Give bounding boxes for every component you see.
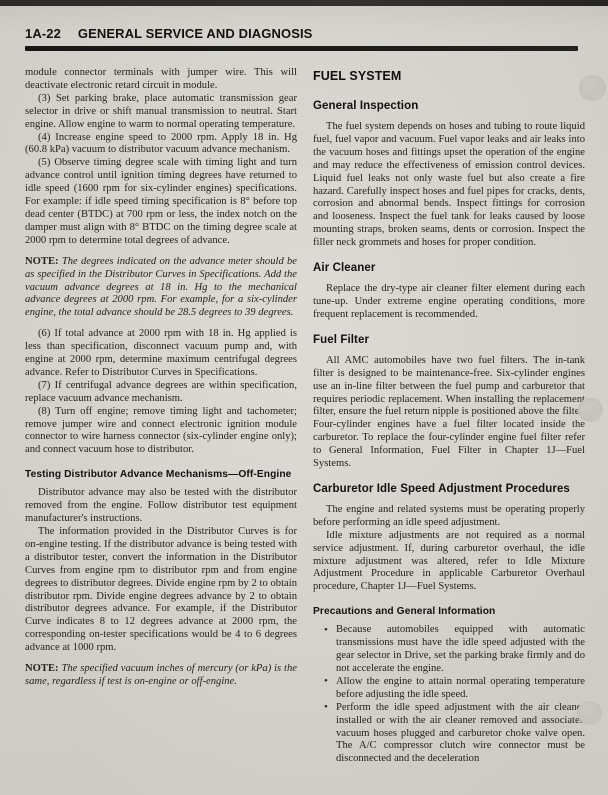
left-column: module connector terminals with jumper w… (25, 67, 297, 766)
paragraph: module connector terminals with jumper w… (25, 67, 297, 93)
bullet-item: •Because automobiles equipped with autom… (313, 624, 585, 676)
paragraph: (6) If total advance at 2000 rpm with 18… (25, 328, 297, 380)
page-title: GENERAL SERVICE AND DIAGNOSIS (78, 26, 313, 41)
page-header: 1A-22GENERAL SERVICE AND DIAGNOSIS (25, 26, 585, 41)
section-heading: Fuel Filter (313, 334, 585, 346)
paragraph: The engine and related systems must be o… (313, 504, 585, 530)
note-label: NOTE: (25, 663, 61, 674)
note-label: NOTE: (25, 256, 62, 267)
bullet-text: Allow the engine to attain normal operat… (336, 676, 585, 700)
content-columns: module connector terminals with jumper w… (25, 67, 585, 766)
bullet-item: •Allow the engine to attain normal opera… (313, 676, 585, 702)
scan-spot (579, 75, 606, 101)
paragraph: The fuel system depends on hoses and tub… (313, 121, 585, 250)
paragraph: (5) Observe timing degree scale with tim… (25, 157, 297, 247)
paragraph: (3) Set parking brake, place automatic t… (25, 93, 297, 132)
paragraph: The information provided in the Distribu… (25, 526, 297, 655)
note-text: The specified vacuum inches of mercury (… (25, 663, 297, 687)
bullet-text: Because automobiles equipped with automa… (336, 624, 585, 674)
bullet-text: Perform the idle speed adjustment with t… (336, 702, 585, 765)
section-heading: Precautions and General Information (313, 606, 585, 617)
paragraph: Replace the dry-type air cleaner filter … (313, 283, 585, 322)
manual-page: 1A-22GENERAL SERVICE AND DIAGNOSIS modul… (0, 0, 608, 795)
bullet-icon: • (324, 624, 328, 637)
bullet-icon: • (324, 675, 328, 688)
note-block: NOTE: The degrees indicated on the advan… (25, 256, 297, 321)
scan-spot (577, 701, 602, 725)
paragraph: Distributor advance may also be tested w… (25, 487, 297, 526)
section-heading: General Inspection (313, 100, 585, 112)
section-heading: Carburetor Idle Speed Adjustment Procedu… (313, 483, 585, 495)
paragraph: (4) Increase engine speed to 2000 rpm. A… (25, 132, 297, 158)
bullet-item: •Perform the idle speed adjustment with … (313, 702, 585, 767)
right-column: FUEL SYSTEMGeneral InspectionThe fuel sy… (313, 67, 585, 766)
bullet-icon: • (324, 701, 328, 714)
paragraph: (8) Turn off engine; remove timing light… (25, 406, 297, 458)
section-heading: Air Cleaner (313, 262, 585, 274)
paragraph: Idle mixture adjustments are not require… (313, 530, 585, 595)
scan-edge-band (0, 0, 608, 6)
paragraph: (7) If centrifugal advance degrees are w… (25, 380, 297, 406)
page-number: 1A-22 (25, 26, 61, 41)
note-block: NOTE: The specified vacuum inches of mer… (25, 663, 297, 689)
header-rule (25, 46, 578, 51)
scan-spot (578, 398, 603, 422)
section-heading: FUEL SYSTEM (313, 69, 585, 83)
note-text: The degrees indicated on the advance met… (25, 256, 297, 319)
section-heading: Testing Distributor Advance Mechanisms—O… (25, 469, 297, 480)
paragraph: All AMC automobiles have two fuel filter… (313, 355, 585, 471)
